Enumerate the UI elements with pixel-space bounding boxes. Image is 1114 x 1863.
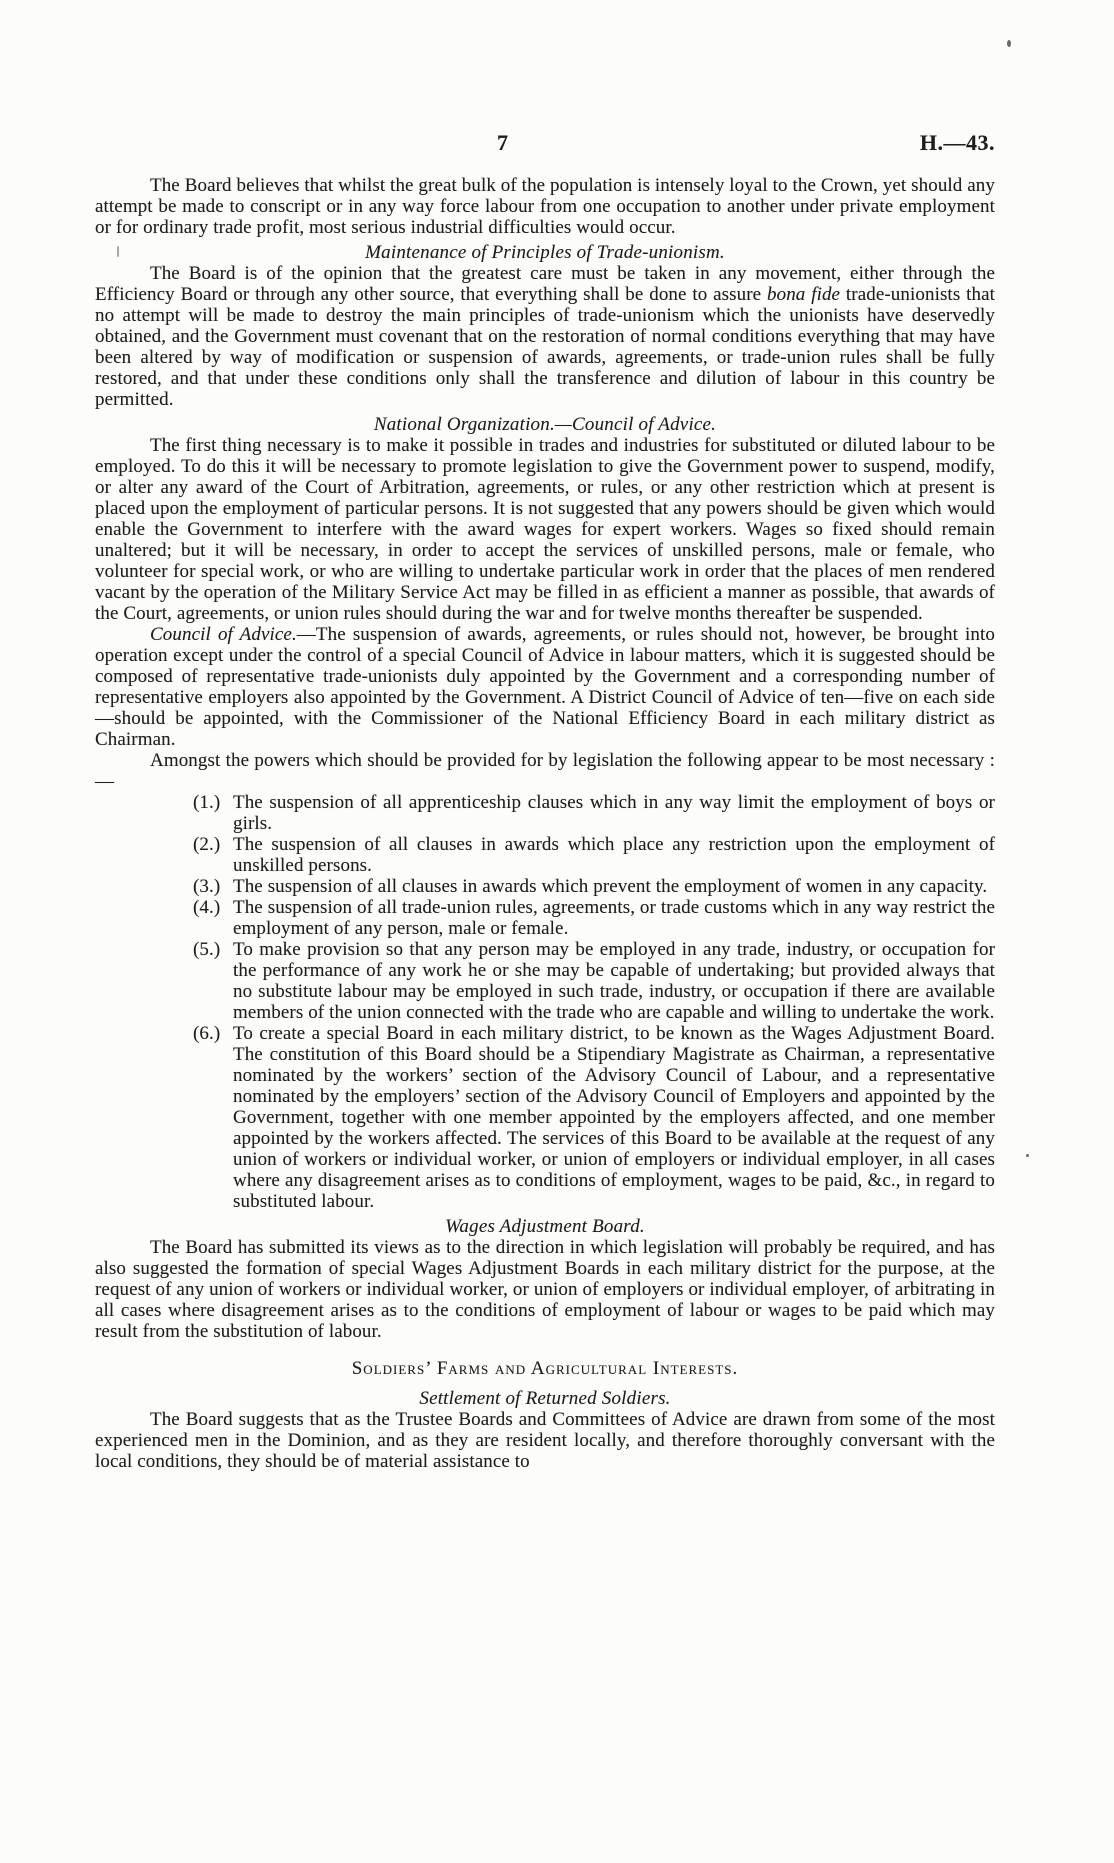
document-reference: H.—43.	[920, 130, 995, 156]
list-item-3: (3.)The suspension of all clauses in awa…	[193, 876, 995, 897]
page-number: 7	[497, 130, 508, 156]
list-item-5: (5.)To make provision so that any person…	[193, 939, 995, 1023]
list-item-text: The suspension of all clauses in awards …	[233, 876, 987, 897]
document-page: 7 H.—43. The Board believes that whilst …	[0, 0, 1114, 1863]
list-item-text: To create a special Board in each milita…	[233, 1023, 995, 1212]
heading-wages-adjustment-board: Wages Adjustment Board.	[95, 1216, 995, 1237]
list-item-number: (3.)	[193, 876, 233, 897]
paragraph-trade-unionism: The Board is of the opinion that the gre…	[95, 263, 995, 410]
heading-settlement-returned-soldiers: Settlement of Returned Soldiers.	[95, 1388, 995, 1409]
paragraph-council-of-advice: Council of Advice.—The suspension of awa…	[95, 624, 995, 750]
text-fragment-italic: bona fide	[767, 284, 840, 305]
paragraph-wages-adjustment: The Board has submitted its views as to …	[95, 1237, 995, 1342]
heading-national-organization: National Organization.—Council of Advice…	[95, 414, 995, 435]
list-item-2: (2.)The suspension of all clauses in awa…	[193, 834, 995, 876]
paragraph-settlement: The Board suggests that as the Trustee B…	[95, 1409, 995, 1472]
list-item-6: (6.)To create a special Board in each mi…	[193, 1023, 995, 1212]
paragraph-substituted-labour: The first thing necessary is to make it …	[95, 435, 995, 624]
list-item-text: The suspension of all apprenticeship cla…	[233, 792, 995, 834]
list-item-number: (2.)	[193, 834, 233, 855]
list-item-number: (1.)	[193, 792, 233, 813]
scan-artifact	[1026, 1154, 1029, 1157]
list-item-number: (4.)	[193, 897, 233, 918]
paragraph-intro: The Board believes that whilst the great…	[95, 175, 995, 238]
numbered-list: (1.)The suspension of all apprenticeship…	[95, 792, 995, 1212]
scan-artifact	[1007, 40, 1011, 47]
page-header: 7 H.—43.	[95, 130, 995, 156]
list-item-number: (6.)	[193, 1023, 233, 1044]
scan-artifact	[117, 246, 119, 257]
list-item-text: The suspension of all trade-union rules,…	[233, 897, 995, 939]
heading-trade-unionism: Maintenance of Principles of Trade-union…	[95, 242, 995, 263]
paragraph-powers: Amongst the powers which should be provi…	[95, 750, 995, 792]
list-item-number: (5.)	[193, 939, 233, 960]
list-item-4: (4.)The suspension of all trade-union ru…	[193, 897, 995, 939]
list-item-text: The suspension of all clauses in awards …	[233, 834, 995, 876]
list-item-text: To make provision so that any person may…	[233, 939, 995, 1023]
text-fragment-italic: Council of Advice.	[150, 624, 297, 645]
heading-soldiers-farms: Soldiers’ Farms and Agricultural Interes…	[95, 1358, 995, 1379]
list-item-1: (1.)The suspension of all apprenticeship…	[193, 792, 995, 834]
